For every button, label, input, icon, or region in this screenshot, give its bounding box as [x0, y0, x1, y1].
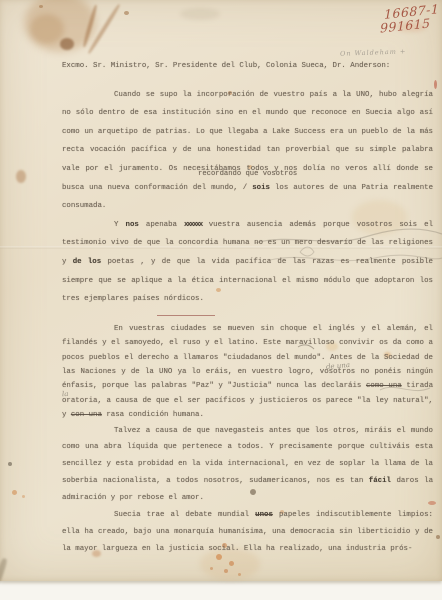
typed-text: En vuestras ciudades se mueven sin choqu…	[62, 325, 433, 391]
typed-text: rasa condición humana.	[102, 411, 204, 419]
overtyped-text: nos	[126, 221, 139, 229]
handwritten-correction: la	[62, 390, 69, 398]
paragraph: Suecia trae al debate mundial unos papel…	[62, 507, 433, 559]
smudge	[180, 8, 220, 20]
stain	[8, 462, 12, 466]
stain	[12, 490, 17, 495]
typed-letter: Excmo. Sr. Ministro, Sr. Presidente del …	[62, 57, 433, 559]
interline-insertion: recordando que vosotros	[198, 170, 297, 178]
crossed-out-text: con una	[71, 411, 102, 419]
typed-text: poetas , y de que la vida pacífica de la…	[62, 258, 433, 303]
struck-out-text: xxxxxx	[184, 221, 202, 229]
overtyped-text: sois	[252, 184, 270, 192]
separator-rule	[157, 315, 215, 316]
stain	[16, 170, 26, 183]
stain	[30, 14, 64, 44]
paragraph: Talvez a causa de que navegasteis antes …	[62, 423, 433, 507]
stain	[60, 38, 74, 50]
paragraph: Y nos apenaba xxxxxx vuestra ausencia ad…	[62, 216, 433, 309]
overtyped-text: fácil	[369, 477, 391, 485]
crossed-out-text: como una	[366, 382, 402, 390]
paper-edge-shadow	[0, 558, 8, 585]
stain	[210, 567, 213, 570]
stain	[238, 573, 241, 576]
overtyped-struck-text: unos	[255, 511, 273, 519]
paragraph: Cuando se supo la incorporación de vuest…	[62, 86, 433, 216]
stain	[434, 80, 437, 89]
typed-text: apenaba	[139, 221, 184, 229]
typed-text: Y	[114, 221, 126, 229]
paragraphs: Cuando se supo la incorporación de vuest…	[62, 86, 433, 559]
stain	[229, 561, 234, 566]
salutation: Excmo. Sr. Ministro, Sr. Presidente del …	[62, 57, 433, 76]
stain	[436, 535, 440, 539]
paragraph: En vuestras ciudades se mueven sin choqu…	[62, 322, 433, 423]
stain	[22, 495, 25, 498]
overtyped-text: de los	[73, 258, 101, 266]
stain	[39, 5, 43, 8]
letter-page: 16687-1 991615 On Waldeham + Excmo. Sr. …	[0, 0, 442, 581]
typed-text: Suecia trae al debate mundial	[114, 511, 255, 519]
stain	[224, 569, 228, 573]
stain	[124, 11, 129, 15]
